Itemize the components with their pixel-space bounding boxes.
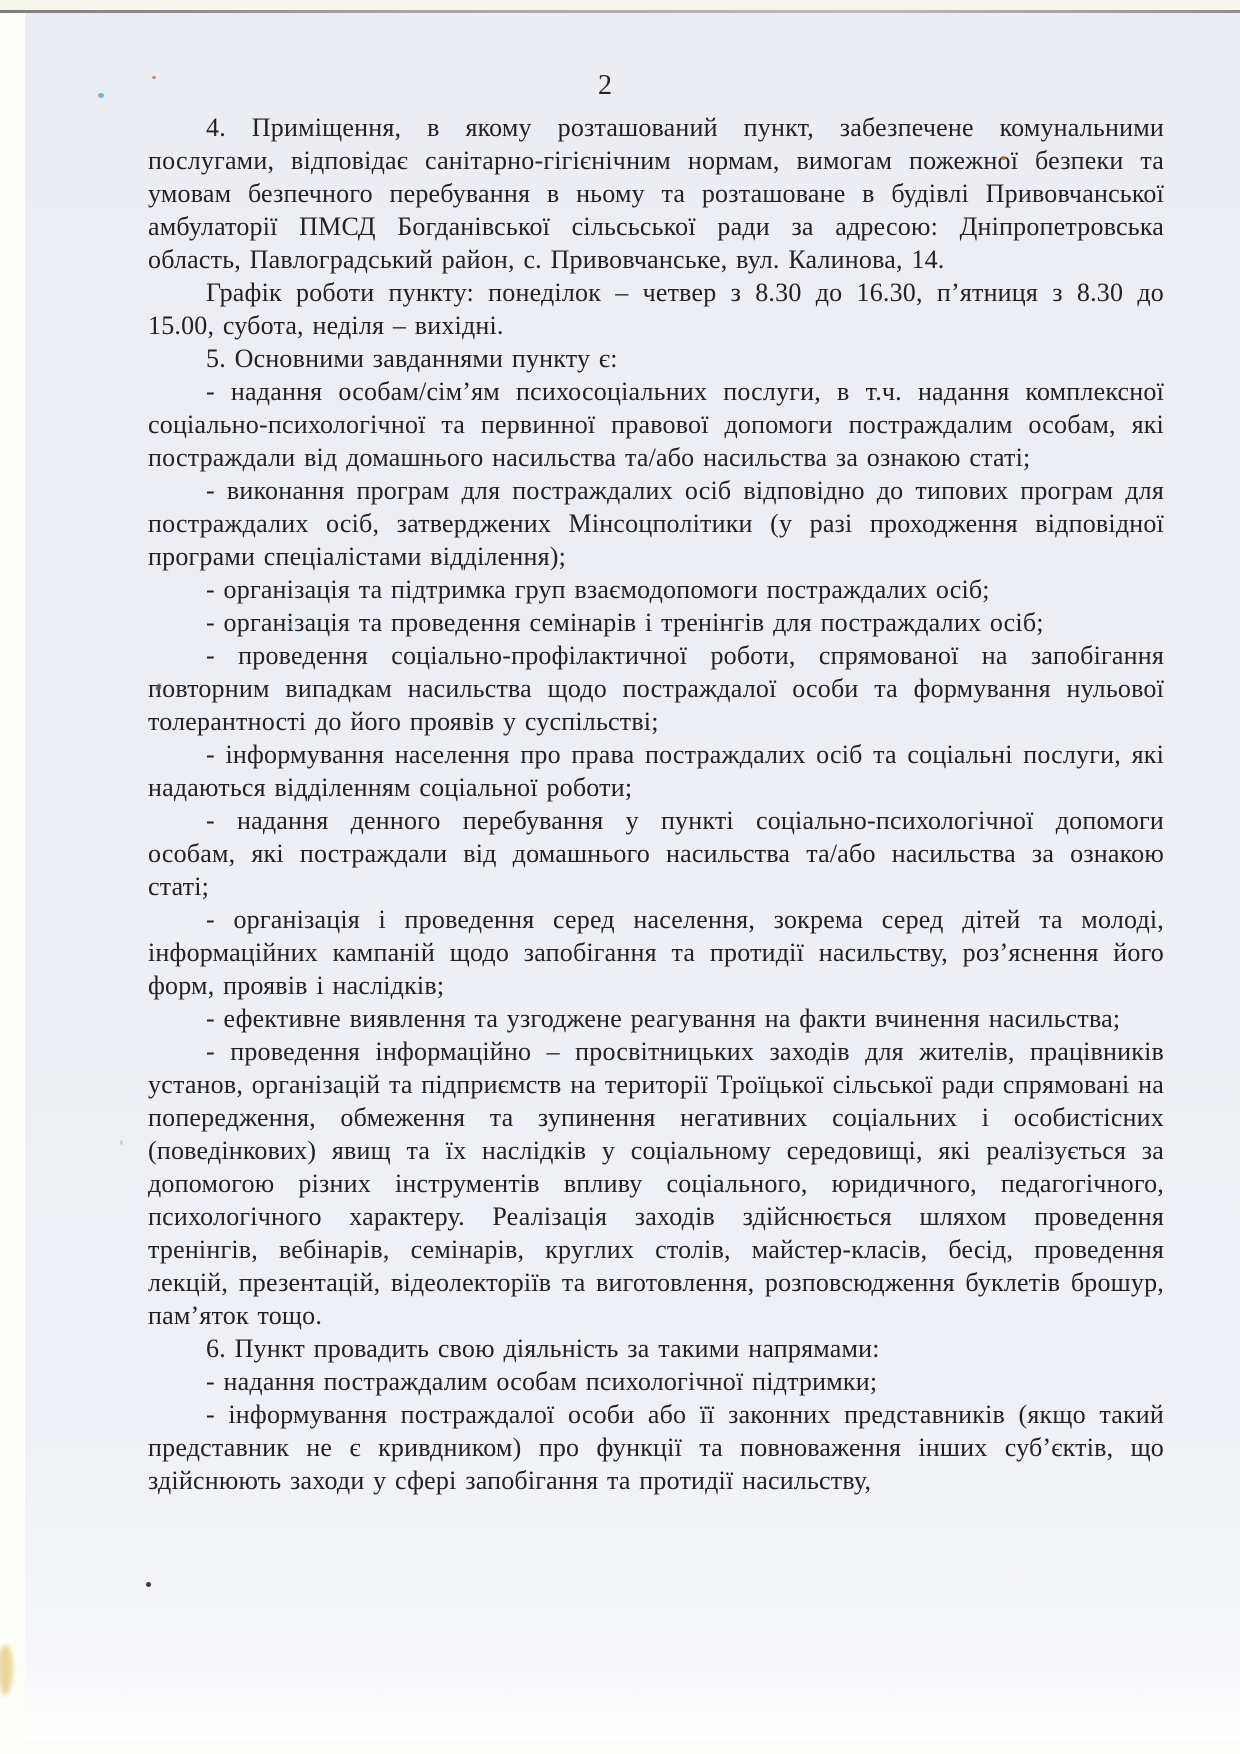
page-number: 2 xyxy=(565,70,645,102)
stray-ink-dot xyxy=(146,1582,151,1587)
task-bullet-9: - ефективне виявлення та узгоджене реагу… xyxy=(148,1002,1164,1035)
direction-bullet-2: - інформування постраждалої особи або її… xyxy=(148,1398,1164,1497)
task-bullet-10: - проведення інформаційно – просвітницьк… xyxy=(148,1035,1164,1332)
task-bullet-1: - надання особам/сім’ям психосоціальних … xyxy=(148,375,1164,474)
task-bullet-8: - організація і проведення серед населен… xyxy=(148,903,1164,1002)
paragraph-work-schedule: Графік роботи пункту: понеділок – четвер… xyxy=(148,276,1164,342)
task-bullet-5: - проведення соціально-профілактичної ро… xyxy=(148,639,1164,738)
paragraph-5-main-tasks: 5. Основними завданнями пункту є: xyxy=(148,342,1164,375)
task-bullet-2: - виконання програм для постраждалих осі… xyxy=(148,474,1164,573)
scan-top-strip xyxy=(0,0,1240,10)
scan-speck-teal xyxy=(120,1140,123,1145)
scan-speck-red xyxy=(152,76,156,79)
task-bullet-3: - організація та підтримка груп взаємодо… xyxy=(148,573,1164,606)
scan-speck-blue xyxy=(98,93,104,98)
paragraph-4-premises: 4. Приміщення, в якому розташований пунк… xyxy=(148,111,1164,276)
task-bullet-7: - надання денного перебування у пункті с… xyxy=(148,804,1164,903)
direction-bullet-1: - надання постраждалим особам психологіч… xyxy=(148,1365,1164,1398)
scan-speck-orange xyxy=(1001,156,1006,160)
document-page: 2 4. Приміщення, в якому розташований пу… xyxy=(25,13,1240,1740)
task-bullet-4: - організація та проведення семінарів і … xyxy=(148,606,1164,639)
document-body: 4. Приміщення, в якому розташований пунк… xyxy=(148,111,1164,1497)
paragraph-6-directions: 6. Пункт провадить свою діяльність за та… xyxy=(148,1332,1164,1365)
scan-speck-teal xyxy=(288,623,292,628)
task-bullet-6: - інформування населення про права постр… xyxy=(148,738,1164,804)
scanned-document-screenshot: { "page": { "number": "2", "language": "… xyxy=(0,0,1240,1754)
scan-edge-smudge xyxy=(0,1645,13,1695)
